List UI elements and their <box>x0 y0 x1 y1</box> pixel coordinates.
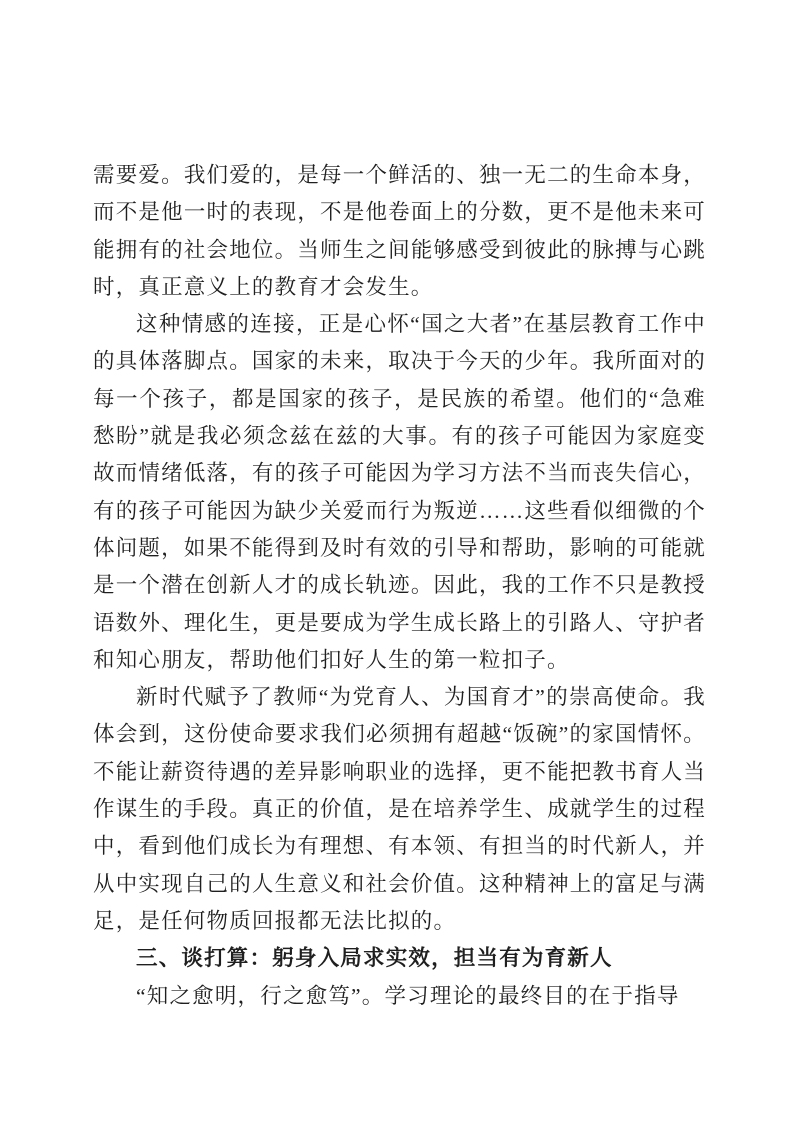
section-heading-three: 三、谈打算：躬身入局求实效，担当有为育新人 <box>93 940 706 977</box>
document-page: 需要爱。我们爱的，是每一个鲜活的、独一无二的生命本身，而不是他一时的表现，不是他… <box>0 0 793 1122</box>
paragraph-new-era-mission: 新时代赋予了教师“为党育人、为国育才”的崇高使命。我体会到，这份使命要求我们必须… <box>93 679 706 940</box>
text-block: 需要爱。我们爱的，是每一个鲜活的、独一无二的生命本身，而不是他一时的表现，不是他… <box>93 157 706 1015</box>
paragraph-knowledge-practice: “知之愈明，行之愈笃”。学习理论的最终目的在于指导 <box>93 978 706 1015</box>
paragraph-continuation: 需要爱。我们爱的，是每一个鲜活的、独一无二的生命本身，而不是他一时的表现，不是他… <box>93 157 706 306</box>
paragraph-emotional-connection: 这种情感的连接，正是心怀“国之大者”在基层教育工作中的具体落脚点。国家的未来，取… <box>93 306 706 679</box>
